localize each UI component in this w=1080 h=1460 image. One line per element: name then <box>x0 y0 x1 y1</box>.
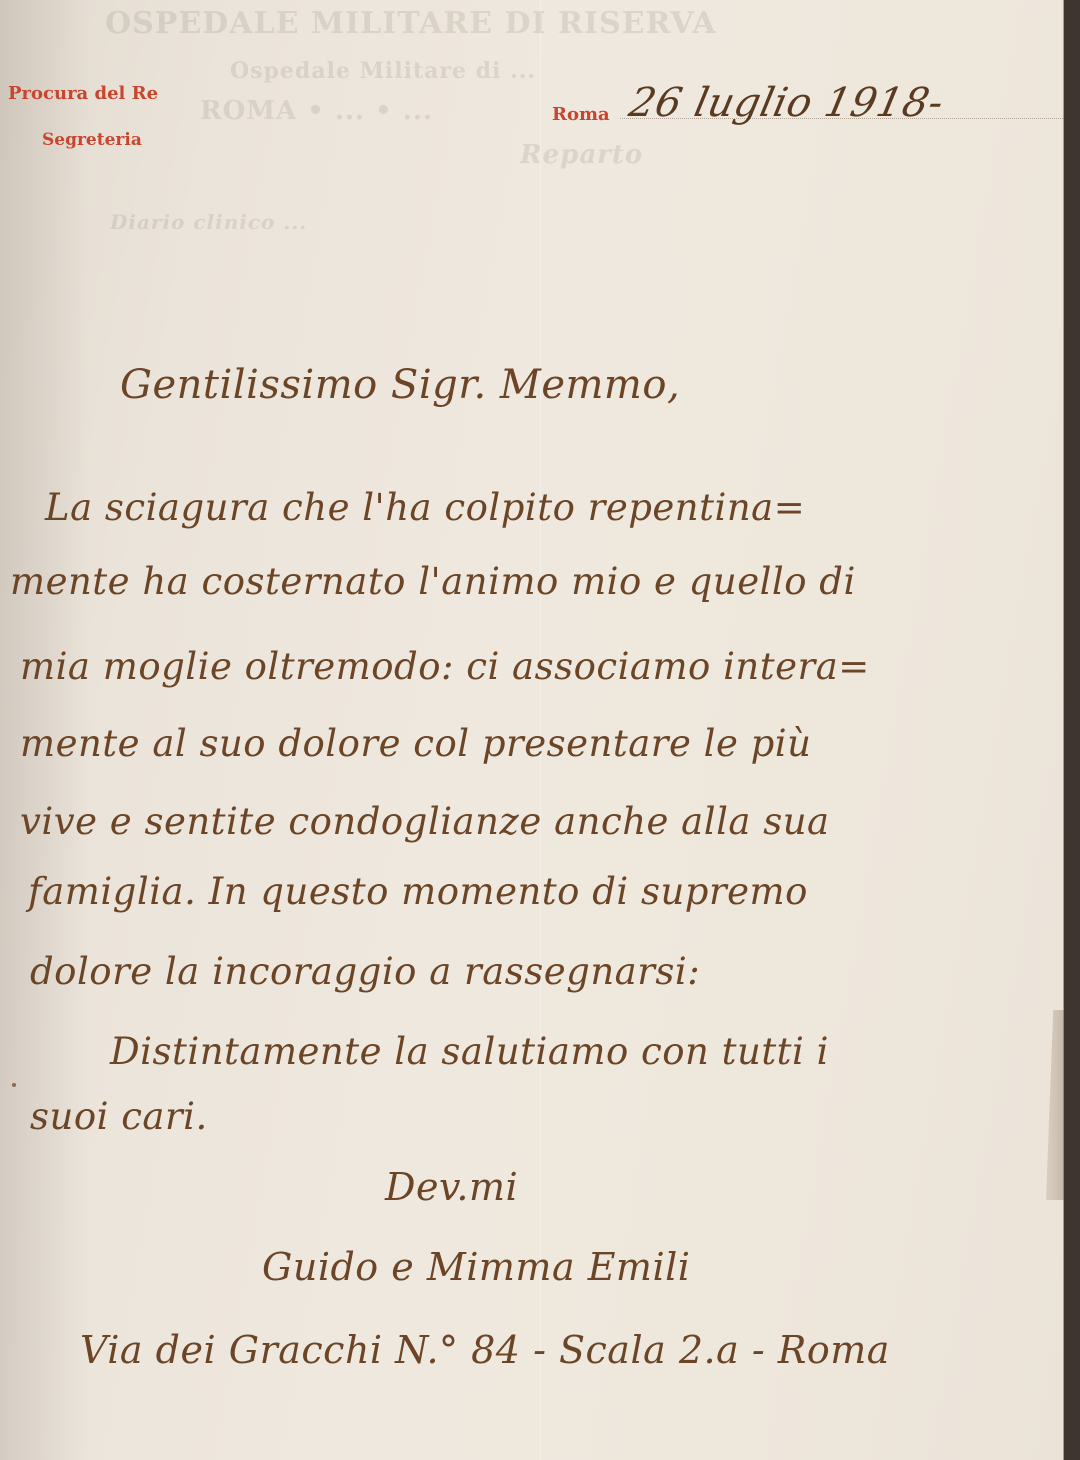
paper-edge-tab <box>1046 1010 1064 1200</box>
bleed-through-text: Reparto <box>520 140 643 170</box>
bleed-through-text: ROMA • ... • ... <box>200 96 433 126</box>
signature: Guido e Mimma Emili <box>262 1245 690 1289</box>
body-line: dolore la incoraggio a rassegnarsi: <box>30 950 700 993</box>
body-line: mia moglie oltremodo: ci associamo inter… <box>20 645 870 688</box>
letter-paper: OSPEDALE MILITARE DI RISERVA Ospedale Mi… <box>0 0 1064 1460</box>
bleed-through-text: OSPEDALE MILITARE DI RISERVA <box>105 6 717 41</box>
background-edge <box>1064 0 1080 1460</box>
body-line: suoi cari. <box>30 1095 208 1138</box>
body-line: famiglia. In questo momento di supremo <box>28 870 808 913</box>
salutation: Gentilissimo Sigr. Memmo, <box>120 362 680 408</box>
body-line: La sciagura che l'ha colpito repentina= <box>45 486 805 529</box>
body-line: Distintamente la salutiamo con tutti i <box>110 1030 829 1073</box>
letter-date: 26 luglio 1918- <box>625 80 948 126</box>
bleed-through-text: Ospedale Militare di ... <box>230 58 536 84</box>
ink-speck <box>12 1083 16 1087</box>
letterhead-office: Procura del Re <box>8 83 158 104</box>
letterhead-city: Roma <box>552 104 610 125</box>
letterhead-department: Segreteria <box>42 130 142 150</box>
body-line: mente al suo dolore col presentare le pi… <box>20 722 811 765</box>
closing: Dev.mi <box>385 1165 518 1209</box>
bleed-through-text: Diario clinico ... <box>110 210 307 234</box>
body-line: mente ha costernato l'animo mio e quello… <box>10 560 856 603</box>
body-line: vive e sentite condoglianze anche alla s… <box>20 800 830 843</box>
sender-address: Via dei Gracchi N.° 84 - Scala 2.a - Rom… <box>80 1328 890 1372</box>
